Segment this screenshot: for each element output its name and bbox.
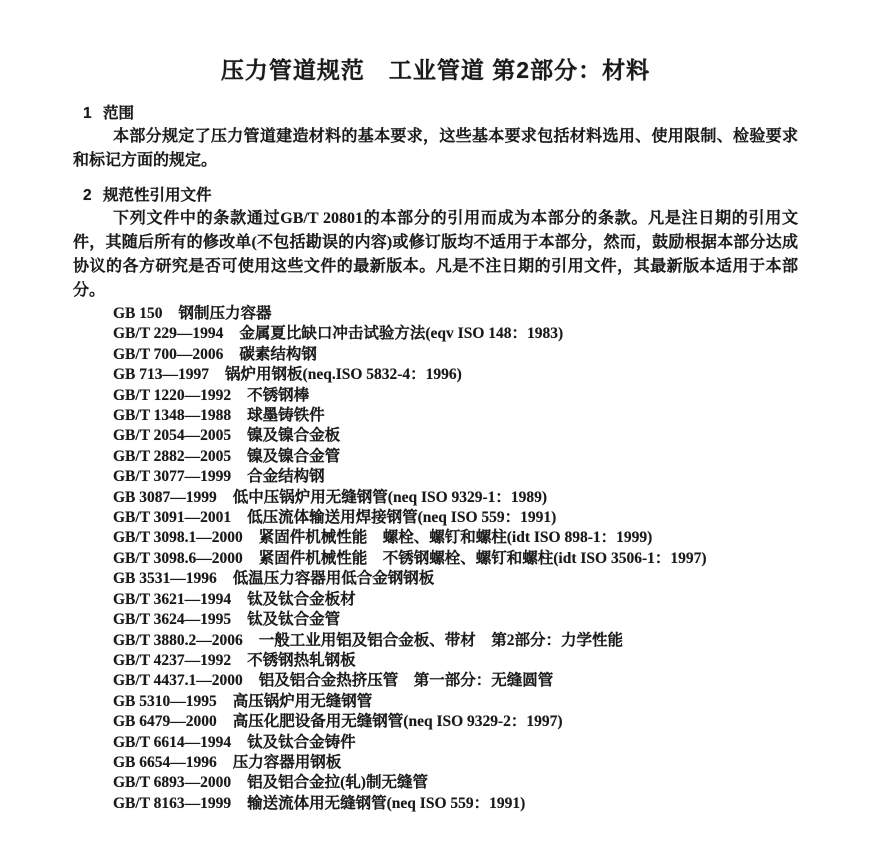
reference-item: GB 3531—1996低温压力容器用低合金钢钢板	[113, 569, 798, 589]
reference-code: GB/T 3624—1995	[113, 611, 231, 628]
reference-code: GB/T 4437.1—2000	[113, 672, 243, 689]
reference-title: 输送流体用无缝钢管(neq ISO 559：1991)	[247, 795, 525, 812]
reference-code: GB/T 2054—2005	[113, 427, 231, 444]
reference-item: GB 3087—1999低中压锅炉用无缝钢管(neq ISO 9329-1：19…	[113, 488, 798, 508]
reference-code: GB/T 3077—1999	[113, 468, 231, 485]
reference-item: GB/T 2882—2005镍及镍合金管	[113, 447, 798, 467]
reference-code: GB 3087—1999	[113, 489, 217, 506]
section-2-number: 2	[83, 185, 92, 207]
section-1-paragraph: 本部分规定了压力管道建造材料的基本要求，这些基本要求包括材料选用、使用限制、检验…	[73, 125, 798, 173]
reference-title: 钛及钛合金管	[247, 611, 340, 628]
reference-item: GB 713—1997锅炉用钢板(neq.ISO 5832-4：1996)	[113, 365, 798, 385]
reference-item: GB/T 2054—2005镍及镍合金板	[113, 426, 798, 446]
reference-title: 低压流体输送用焊接钢管(neq ISO 559：1991)	[247, 509, 556, 526]
reference-title: 铝及铝合金热挤压管 第一部分：无缝圆管	[259, 672, 554, 689]
reference-item: GB/T 3624—1995钛及钛合金管	[113, 610, 798, 630]
section-2-heading: 2规范性引用文件	[73, 185, 798, 207]
reference-title: 铝及铝合金拉(轧)制无缝管	[247, 774, 428, 791]
section-2-label: 规范性引用文件	[103, 187, 212, 204]
document-content: 压力管道规范 工业管道 第2部分：材料 1范围 本部分规定了压力管道建造材料的基…	[0, 0, 870, 814]
reference-title: 钛及钛合金板材	[247, 591, 356, 608]
reference-item: GB 6654—1996压力容器用钢板	[113, 753, 798, 773]
reference-title: 不锈钢热轧钢板	[247, 652, 356, 669]
reference-item: GB/T 3098.1—2000紧固件机械性能 螺栓、螺钉和螺柱(idt ISO…	[113, 528, 798, 548]
reference-code: GB 5310—1995	[113, 693, 217, 710]
page-title: 压力管道规范 工业管道 第2部分：材料	[73, 57, 798, 84]
reference-title: 紧固件机械性能 不锈钢螺栓、螺钉和螺柱(idt ISO 3506-1：1997)	[259, 550, 707, 567]
reference-code: GB/T 3098.1—2000	[113, 529, 243, 546]
reference-item: GB/T 6614—1994钛及钛合金铸件	[113, 733, 798, 753]
reference-title: 高压锅炉用无缝钢管	[233, 693, 373, 710]
reference-item: GB/T 4237—1992不锈钢热轧钢板	[113, 651, 798, 671]
reference-code: GB/T 3091—2001	[113, 509, 231, 526]
document-page: 压力管道规范 工业管道 第2部分：材料 1范围 本部分规定了压力管道建造材料的基…	[0, 0, 870, 842]
reference-item: GB/T 1220—1992不锈钢棒	[113, 386, 798, 406]
reference-code: GB/T 1220—1992	[113, 387, 231, 404]
reference-title: 钛及钛合金铸件	[247, 734, 356, 751]
reference-title: 低温压力容器用低合金钢钢板	[233, 570, 435, 587]
reference-code: GB/T 6614—1994	[113, 734, 231, 751]
reference-code: GB 6479—2000	[113, 713, 217, 730]
section-1-label: 范围	[103, 105, 134, 122]
reference-code: GB/T 4237—1992	[113, 652, 231, 669]
reference-code: GB/T 8163—1999	[113, 795, 231, 812]
reference-item: GB 6479—2000高压化肥设备用无缝钢管(neq ISO 9329-2：1…	[113, 712, 798, 732]
reference-code: GB 3531—1996	[113, 570, 217, 587]
reference-item: GB/T 4437.1—2000铝及铝合金热挤压管 第一部分：无缝圆管	[113, 671, 798, 691]
reference-title: 锅炉用钢板(neq.ISO 5832-4：1996)	[225, 366, 462, 383]
reference-title: 压力容器用钢板	[233, 754, 342, 771]
section-1-number: 1	[83, 103, 92, 125]
reference-item: GB/T 229—1994金属夏比缺口冲击试验方法(eqv ISO 148：19…	[113, 324, 798, 344]
reference-title: 碳素结构钢	[239, 346, 317, 363]
reference-item: GB/T 700—2006碳素结构钢	[113, 345, 798, 365]
section-2-paragraph: 下列文件中的条款通过GB/T 20801的本部分的引用而成为本部分的条款。凡是注…	[73, 207, 798, 303]
reference-code: GB/T 700—2006	[113, 346, 223, 363]
reference-code: GB/T 3621—1994	[113, 591, 231, 608]
reference-title: 合金结构钢	[247, 468, 325, 485]
reference-title: 高压化肥设备用无缝钢管(neq ISO 9329-2：1997)	[233, 713, 563, 730]
reference-title: 镍及镍合金管	[247, 448, 340, 465]
reference-title: 低中压锅炉用无缝钢管(neq ISO 9329-1：1989)	[233, 489, 547, 506]
reference-title: 不锈钢棒	[247, 387, 309, 404]
reference-item: GB/T 3077—1999合金结构钢	[113, 467, 798, 487]
reference-title: 金属夏比缺口冲击试验方法(eqv ISO 148：1983)	[239, 325, 563, 342]
reference-code: GB/T 3880.2—2006	[113, 632, 243, 649]
reference-code: GB/T 3098.6—2000	[113, 550, 243, 567]
section-1-heading: 1范围	[73, 103, 798, 125]
reference-item: GB/T 6893—2000铝及铝合金拉(轧)制无缝管	[113, 773, 798, 793]
reference-item: GB/T 3621—1994钛及钛合金板材	[113, 590, 798, 610]
reference-code: GB/T 229—1994	[113, 325, 223, 342]
reference-title: 紧固件机械性能 螺栓、螺钉和螺柱(idt ISO 898-1：1999)	[259, 529, 653, 546]
reference-code: GB/T 6893—2000	[113, 774, 231, 791]
reference-code: GB 150	[113, 305, 163, 322]
reference-code: GB 6654—1996	[113, 754, 217, 771]
reference-item: GB/T 1348—1988球墨铸铁件	[113, 406, 798, 426]
reference-item: GB/T 3091—2001低压流体输送用焊接钢管(neq ISO 559：19…	[113, 508, 798, 528]
reference-item: GB 5310—1995高压锅炉用无缝钢管	[113, 692, 798, 712]
reference-title: 镍及镍合金板	[247, 427, 340, 444]
reference-code: GB 713—1997	[113, 366, 209, 383]
reference-title: 球墨铸铁件	[247, 407, 325, 424]
reference-item: GB/T 3880.2—2006一般工业用铝及铝合金板、带材 第2部分：力学性能	[113, 631, 798, 651]
reference-code: GB/T 2882—2005	[113, 448, 231, 465]
reference-title: 一般工业用铝及铝合金板、带材 第2部分：力学性能	[259, 632, 623, 649]
reference-title: 钢制压力容器	[179, 305, 272, 322]
reference-item: GB/T 3098.6—2000紧固件机械性能 不锈钢螺栓、螺钉和螺柱(idt …	[113, 549, 798, 569]
reference-list: GB 150钢制压力容器 GB/T 229—1994金属夏比缺口冲击试验方法(e…	[73, 304, 798, 814]
reference-item: GB 150钢制压力容器	[113, 304, 798, 324]
reference-item: GB/T 8163—1999输送流体用无缝钢管(neq ISO 559：1991…	[113, 794, 798, 814]
reference-code: GB/T 1348—1988	[113, 407, 231, 424]
